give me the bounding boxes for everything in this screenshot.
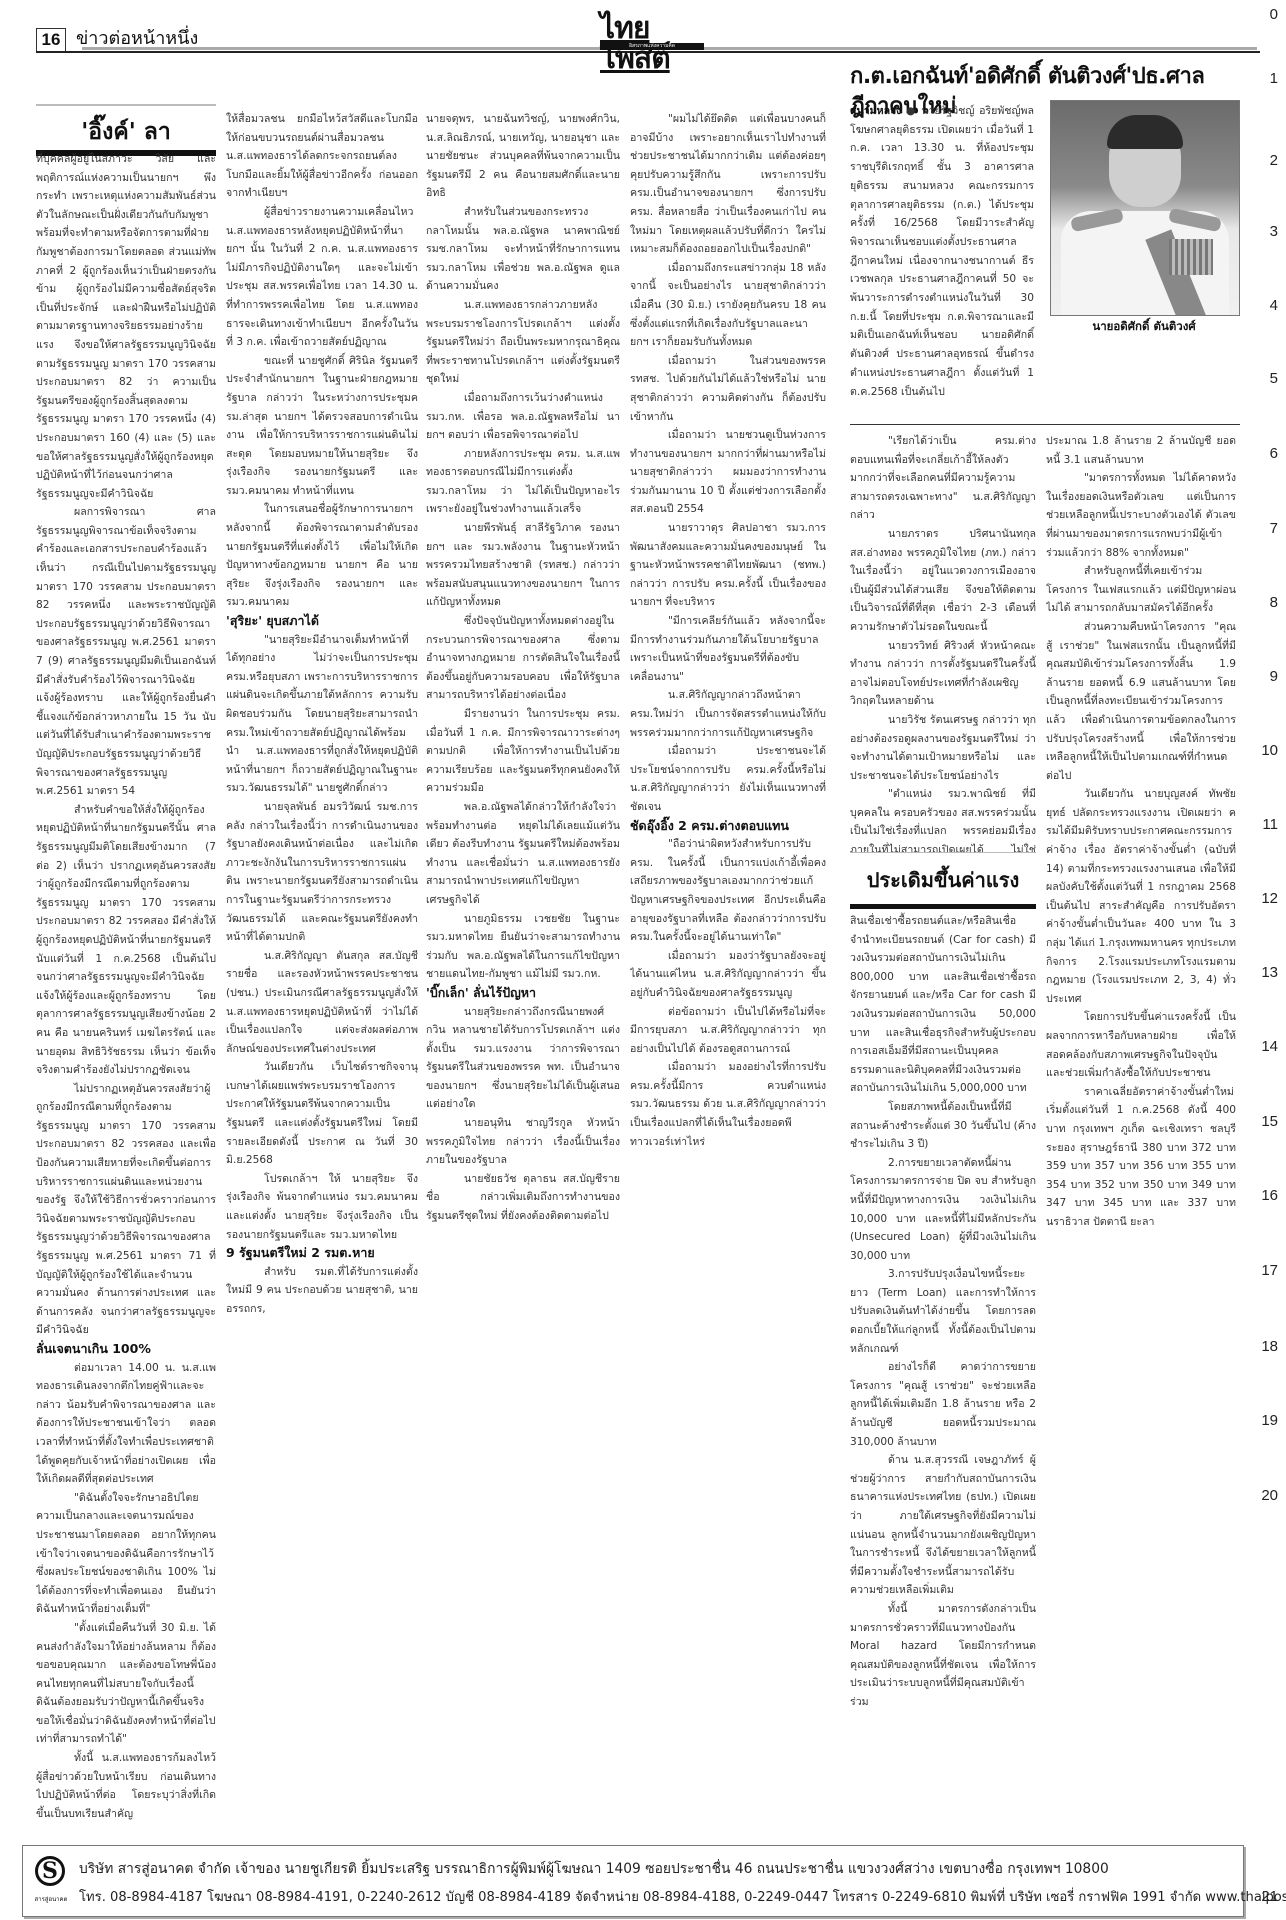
paragraph: "ตั้งแต่เมื่อคืนวันที่ 30 มิ.ย. ได้คนส่ง…: [36, 1619, 216, 1749]
paragraph: มีรายงานว่า ในการประชุม ครม. เมื่อวันที่…: [426, 705, 620, 798]
page-number: 16: [36, 28, 66, 52]
paragraph: สำหรับ รมต.ที่ได้รับการแต่งตั้งใหม่มี 9 …: [226, 1263, 418, 1319]
paragraph: ผลการพิจารณา ศาลรัฐธรรมนูญพิจารณาข้อเท็จ…: [36, 503, 216, 801]
footer-contact-line: โทร. 08-8984-4187 โฆษณา 08-8984-4191, 0-…: [79, 1886, 1286, 1907]
story2-dateline: สนามหลวง: [850, 105, 901, 117]
logo-tagline: อิสรภาพแห่งความคิด: [600, 43, 704, 50]
row-marker: 16: [1261, 1187, 1278, 1204]
row-marker: 20: [1261, 1487, 1278, 1504]
paragraph: เมื่อถามว่า มองว่ารัฐบาลยังจะอยู่ได้นานแ…: [630, 947, 826, 1003]
paragraph: โดยการปรับขึ้นค่าแรงครั้งนี้ เป็นผลจากกา…: [1046, 1008, 1236, 1082]
paragraph: ขณะที่ นายชูศักดิ์ ศิรินิล รัฐมนตรีประจำ…: [226, 352, 418, 501]
story1-column-1: ที่บุคคลผู้อยู่ในสภาวะ วิสัย และพฤติการณ…: [36, 150, 216, 1822]
paragraph: "ผมไม่ได้ยึดติด แต่เพื่อนบางคนก็อาจมีบ้า…: [630, 110, 826, 259]
story3-box-title: ประเดิมขึ้นค่าแรง: [850, 864, 1036, 896]
photo-caption: นายอดิศักดิ์ ตันติวงศ์: [1050, 318, 1238, 336]
story2-divider: [850, 424, 1240, 425]
paragraph: วันเดียวกัน เว็บไซต์ราชกิจจานุเบกษาได้เผ…: [226, 1058, 418, 1170]
paragraph: เมื่อถามว่า มองอย่างไรที่การปรับ ครม.ครั…: [630, 1058, 826, 1151]
paragraph: ราคาเฉลี่ยอัตราค่าจ้างขั้นต่ำใหม่ เริ่มต…: [1046, 1083, 1236, 1232]
paragraph: นายสุริยะกล่าวถึงกรณีนายพงศ์กวิน หลานชาย…: [426, 1003, 620, 1115]
row-marker: 15: [1261, 1113, 1278, 1130]
subhead: 'สุริยะ' ยุบสภาได้: [226, 612, 418, 631]
row-marker: 11: [1262, 816, 1278, 833]
box-head-top-rule: [850, 852, 1036, 853]
paragraph: นายอนุทิน ชาญวีรกูล หัวหน้าพรรคภูมิใจไทย…: [426, 1114, 620, 1170]
paragraph: ด้าน น.ส.สุวรรณี เจษฎาภัทร์ ผู้ช่วยผู้ว่…: [850, 1451, 1036, 1600]
paragraph: เมื่อถามว่า นายชวนดูเป็นห่วงการทำงานของน…: [630, 426, 826, 519]
row-marker: 19: [1261, 1412, 1278, 1429]
paragraph: 3.การปรับปรุงเงื่อนไขหนี้ระยะยาว (Term L…: [850, 1265, 1036, 1358]
paragraph: โปรดเกล้าฯ ให้ นายสุริยะ จึงรุ่งเรืองกิจ…: [226, 1170, 418, 1244]
paragraph: น.ส.ศิริกัญญากล่าวถึงหน้าตา ครม.ใหม่ว่า …: [630, 686, 826, 742]
row-marker: 13: [1261, 964, 1278, 981]
story1-column-2: ให้สื่อมวลชน ยกมือไหว้สวัสดีและโบกมือให้…: [226, 110, 418, 1822]
paragraph: ไม่ปรากฏเหตุอันควรสงสัยว่าผู้ถูกร้องมีกร…: [36, 1080, 216, 1340]
footer-publisher-line: บริษัท สารสู่อนาคต จำกัด เจ้าของ นายชูเก…: [79, 1858, 1109, 1880]
thaipost-logo: ไทยโพสต์ อิสรภาพแห่งความคิด: [600, 14, 704, 50]
story3-column-1-bottom: สินเชื่อเช่าซื้อรถยนต์และ/หรือสินเชื่อจำ…: [850, 912, 1036, 1820]
paragraph: นายจุลพันธ์ อมรวิวัฒน์ รมช.การคลัง กล่าว…: [226, 798, 418, 947]
paragraph: นายชัยธวัช ตุลาธน สส.บัญชีรายชื่อ กล่าวเ…: [426, 1170, 620, 1226]
paragraph: "ถือว่าน่าผิดหวังสำหรับการปรับ ครม. ในคร…: [630, 835, 826, 947]
paragraph: โดยสภาพหนี้ต้องเป็นหนี้ที่มีสถานะค้างชำร…: [850, 1098, 1036, 1154]
paragraph: สำหรับคำขอให้สั่งให้ผู้ถูกร้องหยุดปฏิบัต…: [36, 801, 216, 1080]
paragraph: ต่อข้อถามว่า เป็นไปได้หรือไม่ที่จะมีการย…: [630, 1003, 826, 1059]
row-marker: 4: [1270, 297, 1278, 314]
publisher-footer: S สารสู่อนาคต บริษัท สารสู่อนาคต จำกัด เ…: [22, 1845, 1244, 1917]
paragraph: ผู้สื่อข่าวรายงานความเคลื่อนไหว น.ส.แพทอ…: [226, 203, 418, 352]
row-marker: 18: [1261, 1338, 1278, 1355]
row-marker: 14: [1261, 1038, 1278, 1055]
paragraph: ซึ่งปัจจุบันปัญหาทั้งหมดต่างอยู่ในกระบวน…: [426, 612, 620, 705]
paragraph: นายวิรัช รัตนเศรษฐ กล่าวว่า ทุกอย่างต้อง…: [850, 711, 1036, 785]
paragraph: นายวรวิทย์ ศิริวงศ์ หัวหน้าคณะทำงาน กล่า…: [850, 637, 1036, 711]
publisher-logo: S สารสู่อนาคต: [33, 1854, 69, 1908]
paragraph: "มีการเคลียร์กันแล้ว หลังจากนี้จะมีการทำ…: [630, 612, 826, 686]
paragraph: "มาตรการทั้งหมด ไม่ได้คาดหวังในเรื่องยอด…: [1046, 469, 1236, 562]
paragraph: ให้สื่อมวลชน ยกมือไหว้สวัสดีและโบกมือให้…: [226, 110, 418, 203]
paragraph: น.ส.ศิริกัญญา ตันสกุล สส.บัญชีรายชื่อ แล…: [226, 947, 418, 1059]
paragraph: พล.อ.ณัฐพลได้กล่าวให้กำลังใจว่า พร้อมทำง…: [426, 798, 620, 910]
paragraph: ทั้งนี้ น.ส.แพทองธารก้มลงไหว้ผู้สื่อข่าว…: [36, 1749, 216, 1822]
paragraph: "ดิฉันตั้งใจจะรักษาอธิปไตย ความเป็นกลางแ…: [36, 1489, 216, 1619]
story1-column-4: "ผมไม่ได้ยึดติด แต่เพื่อนบางคนก็อาจมีบ้า…: [630, 110, 826, 1822]
subhead: ลั่นเจตนาเกิน 100%: [36, 1340, 216, 1359]
paragraph: วันเดียวกัน นายบุญสงค์ ทัพชัยยุทธ์ ปลัดก…: [1046, 785, 1236, 1008]
story2-lead: สนามหลวง ● นายรัฐวิชญ์ อริยพัชญ์พล โฆษกศ…: [850, 102, 1034, 401]
kicker-top-rule: [36, 104, 216, 106]
paragraph: เมื่อถามถึงการเว้นว่างตำแหน่ง รมว.กห. เพ…: [426, 389, 620, 445]
paragraph: "ตำแหน่ง รมว.พาณิชย์ ที่มีบุคคลใน ครอบคร…: [850, 785, 1036, 852]
subhead: ชัดอุ๊งอิ๊ง 2 ครม.ต่างตอบแทน: [630, 817, 826, 836]
paragraph: เมื่อถามว่า ประชาชนจะได้ประโยชน์จากการปร…: [630, 742, 826, 816]
paragraph: เมื่อถามถึงกระแสข่าวกลุ่ม 18 หลังจากนี้ …: [630, 259, 826, 352]
masthead: 16 ข่าวต่อหน้าหนึ่ง ไทยโพสต์ อิสรภาพแห่ง…: [36, 14, 1260, 50]
paragraph: นายภราดร ปริศนานันทกุล สส.อ่างทอง พรรคภู…: [850, 525, 1036, 637]
paragraph: 2.การขยายเวลาตัดหนี้ผ่านโครงการมาตรการจ่…: [850, 1154, 1036, 1266]
row-marker: 9: [1270, 668, 1278, 685]
logo-s-icon: S: [35, 1856, 65, 1886]
photo-medals: [1169, 239, 1213, 275]
newspaper-page: 16 ข่าวต่อหน้าหนึ่ง ไทยโพสต์ อิสรภาพแห่ง…: [0, 0, 1286, 1920]
paragraph: ประมาณ 1.8 ล้านราย 2 ล้านบัญชี ยอดหนี้ 3…: [1046, 432, 1236, 469]
story1-kicker: 'อิ๊งค์' ลา: [36, 114, 216, 150]
paragraph: ส่วนความคืบหน้าโครงการ "คุณสู้ เราช่วย" …: [1046, 618, 1236, 785]
paragraph: ต่อมาเวลา 14.00 น. น.ส.แพทองธารเดินลงจาก…: [36, 1359, 216, 1489]
row-marker: 0: [1270, 6, 1278, 23]
paragraph: นายราวาดุร ศิลปอาชา รมว.การพัฒนาสังคมและ…: [630, 519, 826, 612]
story2-lead-text: นายรัฐวิชญ์ อริยพัชญ์พล โฆษกศาลยุติธรรม …: [850, 105, 1034, 398]
row-marker: 6: [1270, 445, 1278, 462]
row-marker: 2: [1270, 152, 1278, 169]
row-marker: 1: [1270, 70, 1278, 87]
row-marker: 12: [1261, 890, 1278, 907]
row-marker: 17: [1261, 1262, 1278, 1279]
photo-hair: [1107, 115, 1183, 149]
bullet-icon: ●: [906, 105, 921, 117]
story3-column-1-top: "เรียกได้ว่าเป็น ครม.ต่างตอบแทนเพื่อที่จ…: [850, 432, 1036, 852]
row-marker: 5: [1270, 370, 1278, 387]
row-marker: 3: [1270, 223, 1278, 240]
paragraph: ในการเสนอชื่อผู้รักษาการนายกฯ หลังจากนี้…: [226, 500, 418, 612]
portrait-photo: [1050, 100, 1240, 316]
paragraph: สำหรับในส่วนของกระทรวงกลาโหมนั้น พล.อ.ณั…: [426, 203, 620, 296]
paragraph: "นายสุริยะมีอำนาจเต็มทำหน้าที่ได้ทุกอย่า…: [226, 631, 418, 798]
paragraph: ที่บุคคลผู้อยู่ในสภาวะ วิสัย และพฤติการณ…: [36, 150, 216, 503]
paragraph: ภายหลังการประชุม ครม. น.ส.แพทองธารตอบกรณ…: [426, 445, 620, 519]
paragraph: นายจตุพร, นายฉันทวิชญ์, นายพงศ์กวิน, น.ส…: [426, 110, 620, 203]
subhead: 'บิ๊กเล็ก' ลั่นไร้ปัญหา: [426, 984, 620, 1003]
paragraph: อย่างไรก็ดี คาดว่าการขยายโครงการ "คุณสู้…: [850, 1358, 1036, 1451]
row-marker: 8: [1270, 594, 1278, 611]
paragraph: สินเชื่อเช่าซื้อรถยนต์และ/หรือสินเชื่อจำ…: [850, 912, 1036, 1098]
story3-column-2: ประมาณ 1.8 ล้านราย 2 ล้านบัญชี ยอดหนี้ 3…: [1046, 432, 1236, 1824]
row-marker: 7: [1270, 520, 1278, 537]
paragraph: สำหรับลูกหนี้ที่เคยเข้าร่วมโครงการ ในเฟส…: [1046, 562, 1236, 618]
paragraph: นายภูมิธรรม เวชยชัย ในฐานะ รมว.มหาดไทย ย…: [426, 910, 620, 984]
paragraph: นายพีรพันธุ์ สาลีรัฐวิภาค รองนายกฯ และ ร…: [426, 519, 620, 612]
box-head-bottom-rule: [850, 904, 1036, 909]
row-marker: 10: [1261, 742, 1278, 759]
story1-column-3: นายจตุพร, นายฉันทวิชญ์, นายพงศ์กวิน, น.ส…: [426, 110, 620, 1822]
subhead: 9 รัฐมนตรีใหม่ 2 รมต.หาย: [226, 1244, 418, 1263]
paragraph: "เรียกได้ว่าเป็น ครม.ต่างตอบแทนเพื่อที่จ…: [850, 432, 1036, 525]
paragraph: น.ส.แพทองธารกล่าวภายหลังพระบรมราชโองการโ…: [426, 296, 620, 389]
publisher-logo-label: สารสู่อนาคต: [33, 1894, 69, 1904]
paragraph: ทั้งนี้ มาตรการดังกล่าวเป็นมาตรการชั่วคร…: [850, 1600, 1036, 1712]
paragraph: เมื่อถามว่า ในส่วนของพรรค รทสช. ไปด้วยกั…: [630, 352, 826, 426]
